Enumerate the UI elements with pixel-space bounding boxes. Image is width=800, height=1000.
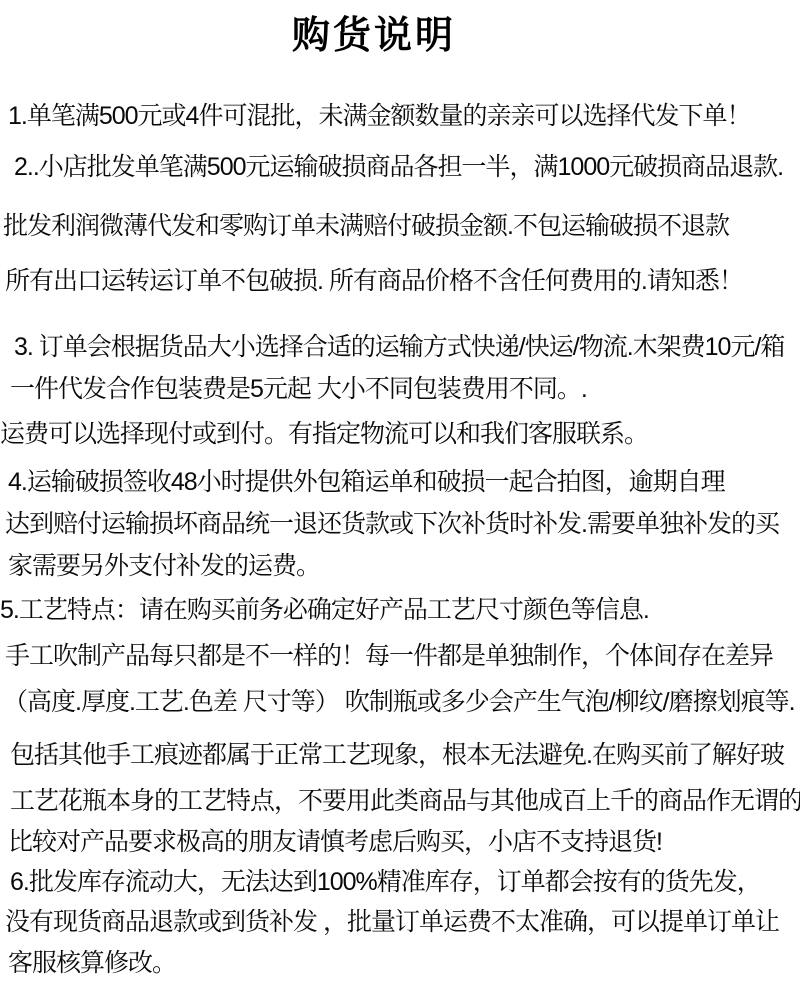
instruction-line-5: 5.工艺特点：请在购买前务必确定好产品工艺尺寸颜色等信息. bbox=[0, 595, 649, 625]
page-title: 购货说明 bbox=[0, 4, 774, 59]
instruction-line-2-cont-1: 批发利润微薄代发和零购订单未满赔付破损金额.不包运输破损不退款 bbox=[3, 211, 729, 241]
instruction-line-5-cont-1: 手工吹制产品每只都是不一样的！每一件都是单独制作，个体间存在差异 bbox=[5, 641, 773, 671]
instruction-line-5-cont-4: 工艺花瓶本身的工艺特点，不要用此类商品与其他成百上千的商品作无谓的 bbox=[10, 786, 800, 816]
instruction-line-6: 6.批发库存流动大，无法达到100%精准库存，订单都会按有的货先发， bbox=[10, 867, 761, 897]
instruction-line-5-cont-5: 比较对产品要求极高的朋友请慎考虑后购买，小店不支持退货! bbox=[8, 827, 662, 857]
instruction-line-1: 1.单笔满500元或4件可混批，未满金额数量的亲亲可以选择代发下单！ bbox=[8, 101, 750, 131]
instruction-line-4: 4.运输破损签收48小时提供外包箱运单和破损一起合拍图，逾期自理 bbox=[8, 467, 725, 497]
instruction-line-3-cont-2: 运费可以选择现付或到付。有指定物流可以和我们客服联系。 bbox=[0, 419, 648, 449]
instruction-line-2: 2..小店批发单笔满500元运输破损商品各担一半，满1000元破损商品退款. bbox=[14, 152, 783, 182]
instruction-line-4-cont-1: 达到赔付运输损坏商品统一退还货款或下次补货时补发.需要单独补发的买 bbox=[5, 509, 779, 539]
instruction-line-6-cont-1: 没有现货商品退款或到货补发 ，批量订单运费不太准确，可以提单订单让 bbox=[5, 907, 779, 937]
instruction-line-6-cont-2: 客服核算修改。 bbox=[8, 948, 176, 978]
purchase-instructions-document: 购货说明 1.单笔满500元或4件可混批，未满金额数量的亲亲可以选择代发下单！ … bbox=[0, 0, 800, 1000]
instruction-line-3-cont-1: 一件代发合作包装费是5元起 大小不同包装费用不同。. bbox=[10, 374, 587, 404]
instruction-line-5-cont-3: 包括其他手工痕迹都属于正常工艺现象，根本无法避免.在购买前了解好玻 bbox=[10, 740, 784, 770]
instruction-line-4-cont-2: 家需要另外支付补发的运费。 bbox=[8, 551, 320, 581]
instruction-line-3: 3. 订单会根据货品大小选择合适的运输方式快递/快运/物流.木架费10元/箱 bbox=[14, 332, 784, 362]
instruction-line-5-cont-2: （高度.厚度.工艺.色差 尺寸等） 吹制瓶或多少会产生气泡/柳纹/磨擦划痕等. bbox=[3, 687, 795, 717]
instruction-line-2-cont-2: 所有出口运转运订单不包破损. 所有商品价格不含任何费用的.请知悉！ bbox=[5, 266, 743, 296]
